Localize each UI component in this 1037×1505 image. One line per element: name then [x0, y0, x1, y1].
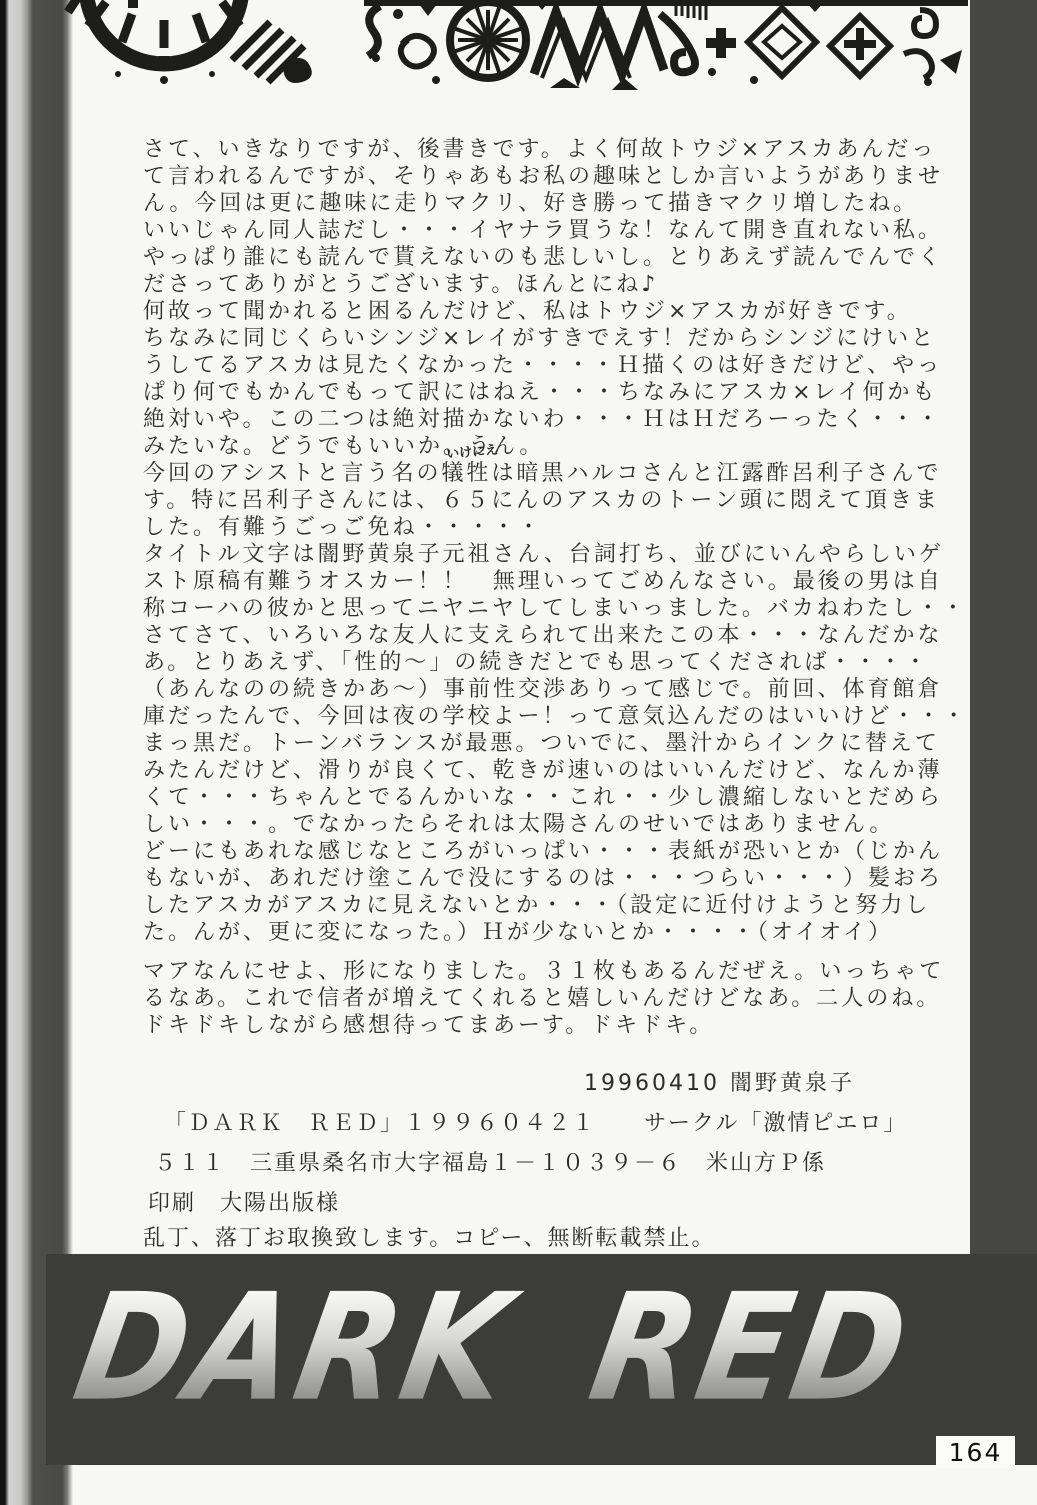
colophon-printer-line: 印刷 大陽出版様 [148, 1186, 340, 1217]
text-line: まっ黒だ。トーンバランスが最悪。ついでに、墨汁からインクに替えて [143, 730, 943, 757]
dark-red-logo-block: DARK RED [46, 1254, 1037, 1465]
scanned-doujinshi-page: さて、いきなりですが、後書きです。よく何故トウジ×アスカあんだって言われるんです… [0, 0, 1037, 1505]
colophon-notice-line: 乱丁、落丁お取換致します。コピー、無断転載禁止。 [143, 1221, 715, 1252]
colophon-date-author: 19960410 闇野黄泉子 [143, 1066, 855, 1097]
text-line: スト原稿有難うオスカー！！ 無理いってごめんなさい。最後の男は自 [143, 568, 943, 595]
text-line: やっぱり誰にも読んで貰えないのも悲しいし。とりあえず読んでんでく [143, 244, 943, 271]
text-line: くて・・・ちゃんとでるんかいな・・これ・・少し濃縮しないとだめら [143, 784, 943, 811]
text-line: みたんだけど、滑りが良くて、乾きが速いのはいいんだけど、なんか薄 [143, 757, 943, 784]
text-line: マアなんにせよ、形になりました。３１枚もあるんだぜえ。いっちゃて [143, 958, 943, 985]
text-line: どーにもあれな感じなところがいっぱい・・・表紙が恐いとか（じかん [143, 838, 943, 865]
text-line: みたいな。どうでもいいか。うん。 [143, 433, 943, 460]
text-line: した。有難うごっご免ね・・・・・ [143, 514, 943, 541]
text-line: あ。とりあえず、「性的〜」の続きだとでも思ってくだされば・・・・ [143, 649, 943, 676]
text-line: いいじゃん同人誌だし・・・イヤナラ買うな！なんて開き直れない私。 [143, 217, 943, 244]
text-line: しい・・・。でなかったらそれは太陽さんのせいではありません。 [143, 811, 943, 838]
text-line: ドキドキしながら感想待ってまあーす。ドキドキ。 [143, 1012, 943, 1039]
text-line: ぱり何でもかんでもって訳にはねえ・・・ちなみにアスカ×レイ何かも [143, 379, 943, 406]
text-line: 庫だったんで、今回は夜の学校よー！って意気込んだのはいいけど・・・ [143, 703, 943, 730]
text-line: タイトル文字は闇野黄泉子元祖さん、台詞打ち、並びにいんやらしいゲ [143, 541, 943, 568]
text-line: ん。今回は更に趣味に走りマクリ、好き勝って描きマクリ増したね。 [143, 190, 943, 217]
text-line: 今回のアシストと言う名の犠牲は暗黒ハルコさんと江露酢呂利子さんで [143, 460, 943, 487]
text-line: す。特に呂利子さんには、６５にんのアスカのトーン頭に悶えて頂きま [143, 487, 943, 514]
text-line: さてさて、いろいろな友人に支えられて出来たこの本・・・なんだかな [143, 622, 943, 649]
text-line: 何故って聞かれると困るんだけど、私はトウジ×アスカが好きです。 [143, 298, 943, 325]
scanner-background-band [970, 0, 1037, 1462]
tribal-woodcut-pattern-art [64, 0, 970, 92]
page-number: 164 [949, 1438, 1003, 1467]
text-line: さて、いきなりですが、後書きです。よく何故トウジ×アスカあんだっ [143, 136, 943, 163]
colophon-title-line: 「ＤＡＲＫ ＲＥＤ」１９９６０４２１ サークル「激情ピエロ」 [164, 1106, 907, 1137]
page-number-box: 164 [936, 1436, 1015, 1468]
text-line: 称コーハの彼かと思ってニヤニヤしてしまいっました。バカねわたし・・ [143, 595, 943, 622]
text-line: た。んが、更に変になった。）Ｈが少ないとか・・・・（オイオイ） [143, 919, 943, 946]
afterword-closing: マアなんにせよ、形になりました。３１枚もあるんだぜえ。いっちゃてるなあ。これで信… [143, 958, 943, 1039]
tribal-pattern-svg [64, 0, 970, 92]
dark-red-logo: DARK RED [64, 1262, 923, 1434]
text-line: もないが、あれだけ塗こんで没にするのは・・・つらい・・・）髪おろ [143, 865, 943, 892]
text-line: 絶対いや。この二つは絶対描かないわ・・・ＨはＨだろーったく・・・ [143, 406, 943, 433]
afterword-text: さて、いきなりですが、後書きです。よく何故トウジ×アスカあんだって言われるんです… [143, 136, 943, 1039]
colophon-address-line: ５１１ 三重県桑名市大字福島１－１０３９－６ 米山方Ｐ係 [154, 1146, 826, 1177]
text-line: ださってありがとうございます。ほんとにね♪ [143, 271, 943, 298]
text-line: るなあ。これで信者が増えてくれると嬉しいんだけどなあ。二人のね。 [143, 985, 943, 1012]
text-line: て言われるんですが、そりゃあもお私の趣味としか言いようがありませ [143, 163, 943, 190]
text-line: したアスカがアスカに見えないとか・・・（設定に近付けようと努力し [143, 892, 943, 919]
afterword-paragraph: さて、いきなりですが、後書きです。よく何故トウジ×アスカあんだって言われるんです… [143, 136, 943, 946]
text-line: うしてるアスカは見たくなかった・・・・Ｈ描くのは好きだけど、やっ [143, 352, 943, 379]
text-line: （あんなのの続きかあ〜）事前性交渉ありって感じで。前回、体育館倉 [143, 676, 943, 703]
text-line: ちなみに同じくらいシンジ×レイがすきでえす！だからシンジにけいと [143, 325, 943, 352]
